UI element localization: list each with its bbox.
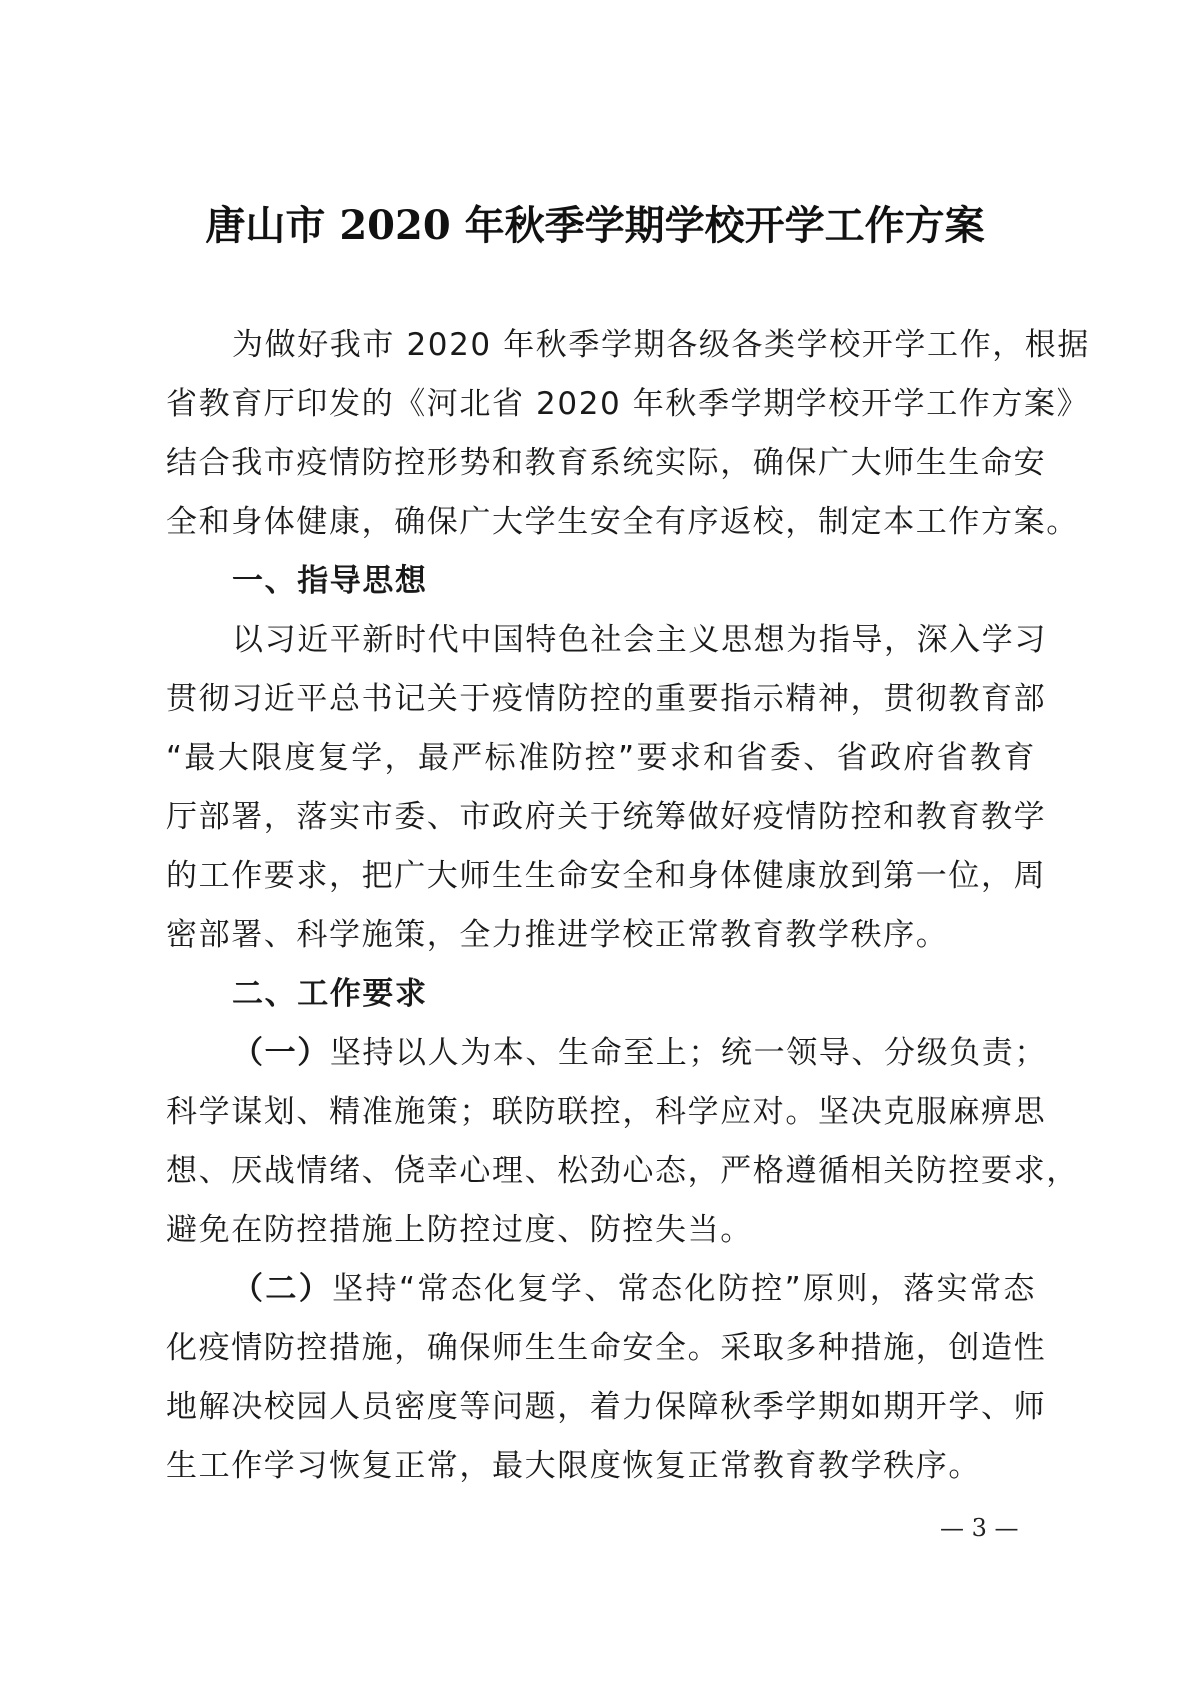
paragraph-line: 科学谋划、精准施策；联防联控，科学应对。坚决克服麻痹思: [166, 1083, 1036, 1141]
paragraph-line: 结合我市疫情防控形势和教育系统实际，确保广大师生生命安: [166, 434, 1036, 492]
list-item-line: （一）坚持以人为本、生命至上；统一领导、分级负责；: [232, 1024, 1036, 1082]
paragraph-line: 全和身体健康，确保广大学生安全有序返校，制定本工作方案。: [166, 493, 1036, 551]
paragraph-line: 化疫情防控措施，确保师生生命安全。采取多种措施，创造性: [166, 1319, 1036, 1377]
document-page: 唐山市 2020 年秋季学期学校开学工作方案 为做好我市 2020 年秋季学期各…: [0, 0, 1190, 1684]
paragraph-line: 厅部署，落实市委、市政府关于统筹做好疫情防控和教育教学: [166, 788, 1036, 846]
paragraph-line: 的工作要求，把广大师生生命安全和身体健康放到第一位，周: [166, 847, 1036, 905]
paragraph-line: 生工作学习恢复正常，最大限度恢复正常教育教学秩序。: [166, 1437, 1036, 1495]
paragraph-line: 为做好我市 2020 年秋季学期各级各类学校开学工作，根据: [232, 316, 1036, 374]
item-number-1: （一）: [232, 1035, 330, 1071]
paragraph-line: 贯彻习近平总书记关于疫情防控的重要指示精神，贯彻教育部: [166, 670, 1036, 728]
paragraph-line: “最大限度复学，最严标准防控”要求和省委、省政府省教育: [166, 729, 1036, 787]
list-item-line: （二）坚持“常态化复学、常态化防控”原则，落实常态: [232, 1260, 1036, 1318]
paragraph-line: 避免在防控措施上防控过度、防控失当。: [166, 1201, 1036, 1259]
paragraph-line: 地解决校园人员密度等问题，着力保障秋季学期如期开学、师: [166, 1378, 1036, 1436]
section-heading-guiding-thought: 一、指导思想: [232, 552, 1036, 610]
paragraph-line: 密部署、科学施策，全力推进学校正常教育教学秩序。: [166, 906, 1036, 964]
item-text: 坚持“常态化复学、常态化防控”原则，落实常态: [332, 1271, 1036, 1307]
item-text: 坚持以人为本、生命至上；统一领导、分级负责；: [330, 1035, 1047, 1071]
page-number: — 3 —: [940, 1512, 1019, 1544]
paragraph-line: 以习近平新时代中国特色社会主义思想为指导，深入学习: [232, 611, 1036, 669]
paragraph-line: 想、厌战情绪、侥幸心理、松劲心态，严格遵循相关防控要求，: [166, 1142, 1036, 1200]
document-title: 唐山市 2020 年秋季学期学校开学工作方案: [0, 198, 1190, 254]
item-number-2: （二）: [232, 1271, 332, 1307]
paragraph-line: 省教育厅印发的《河北省 2020 年秋季学期学校开学工作方案》: [166, 375, 1036, 433]
section-heading-work-requirements: 二、工作要求: [232, 965, 1036, 1023]
